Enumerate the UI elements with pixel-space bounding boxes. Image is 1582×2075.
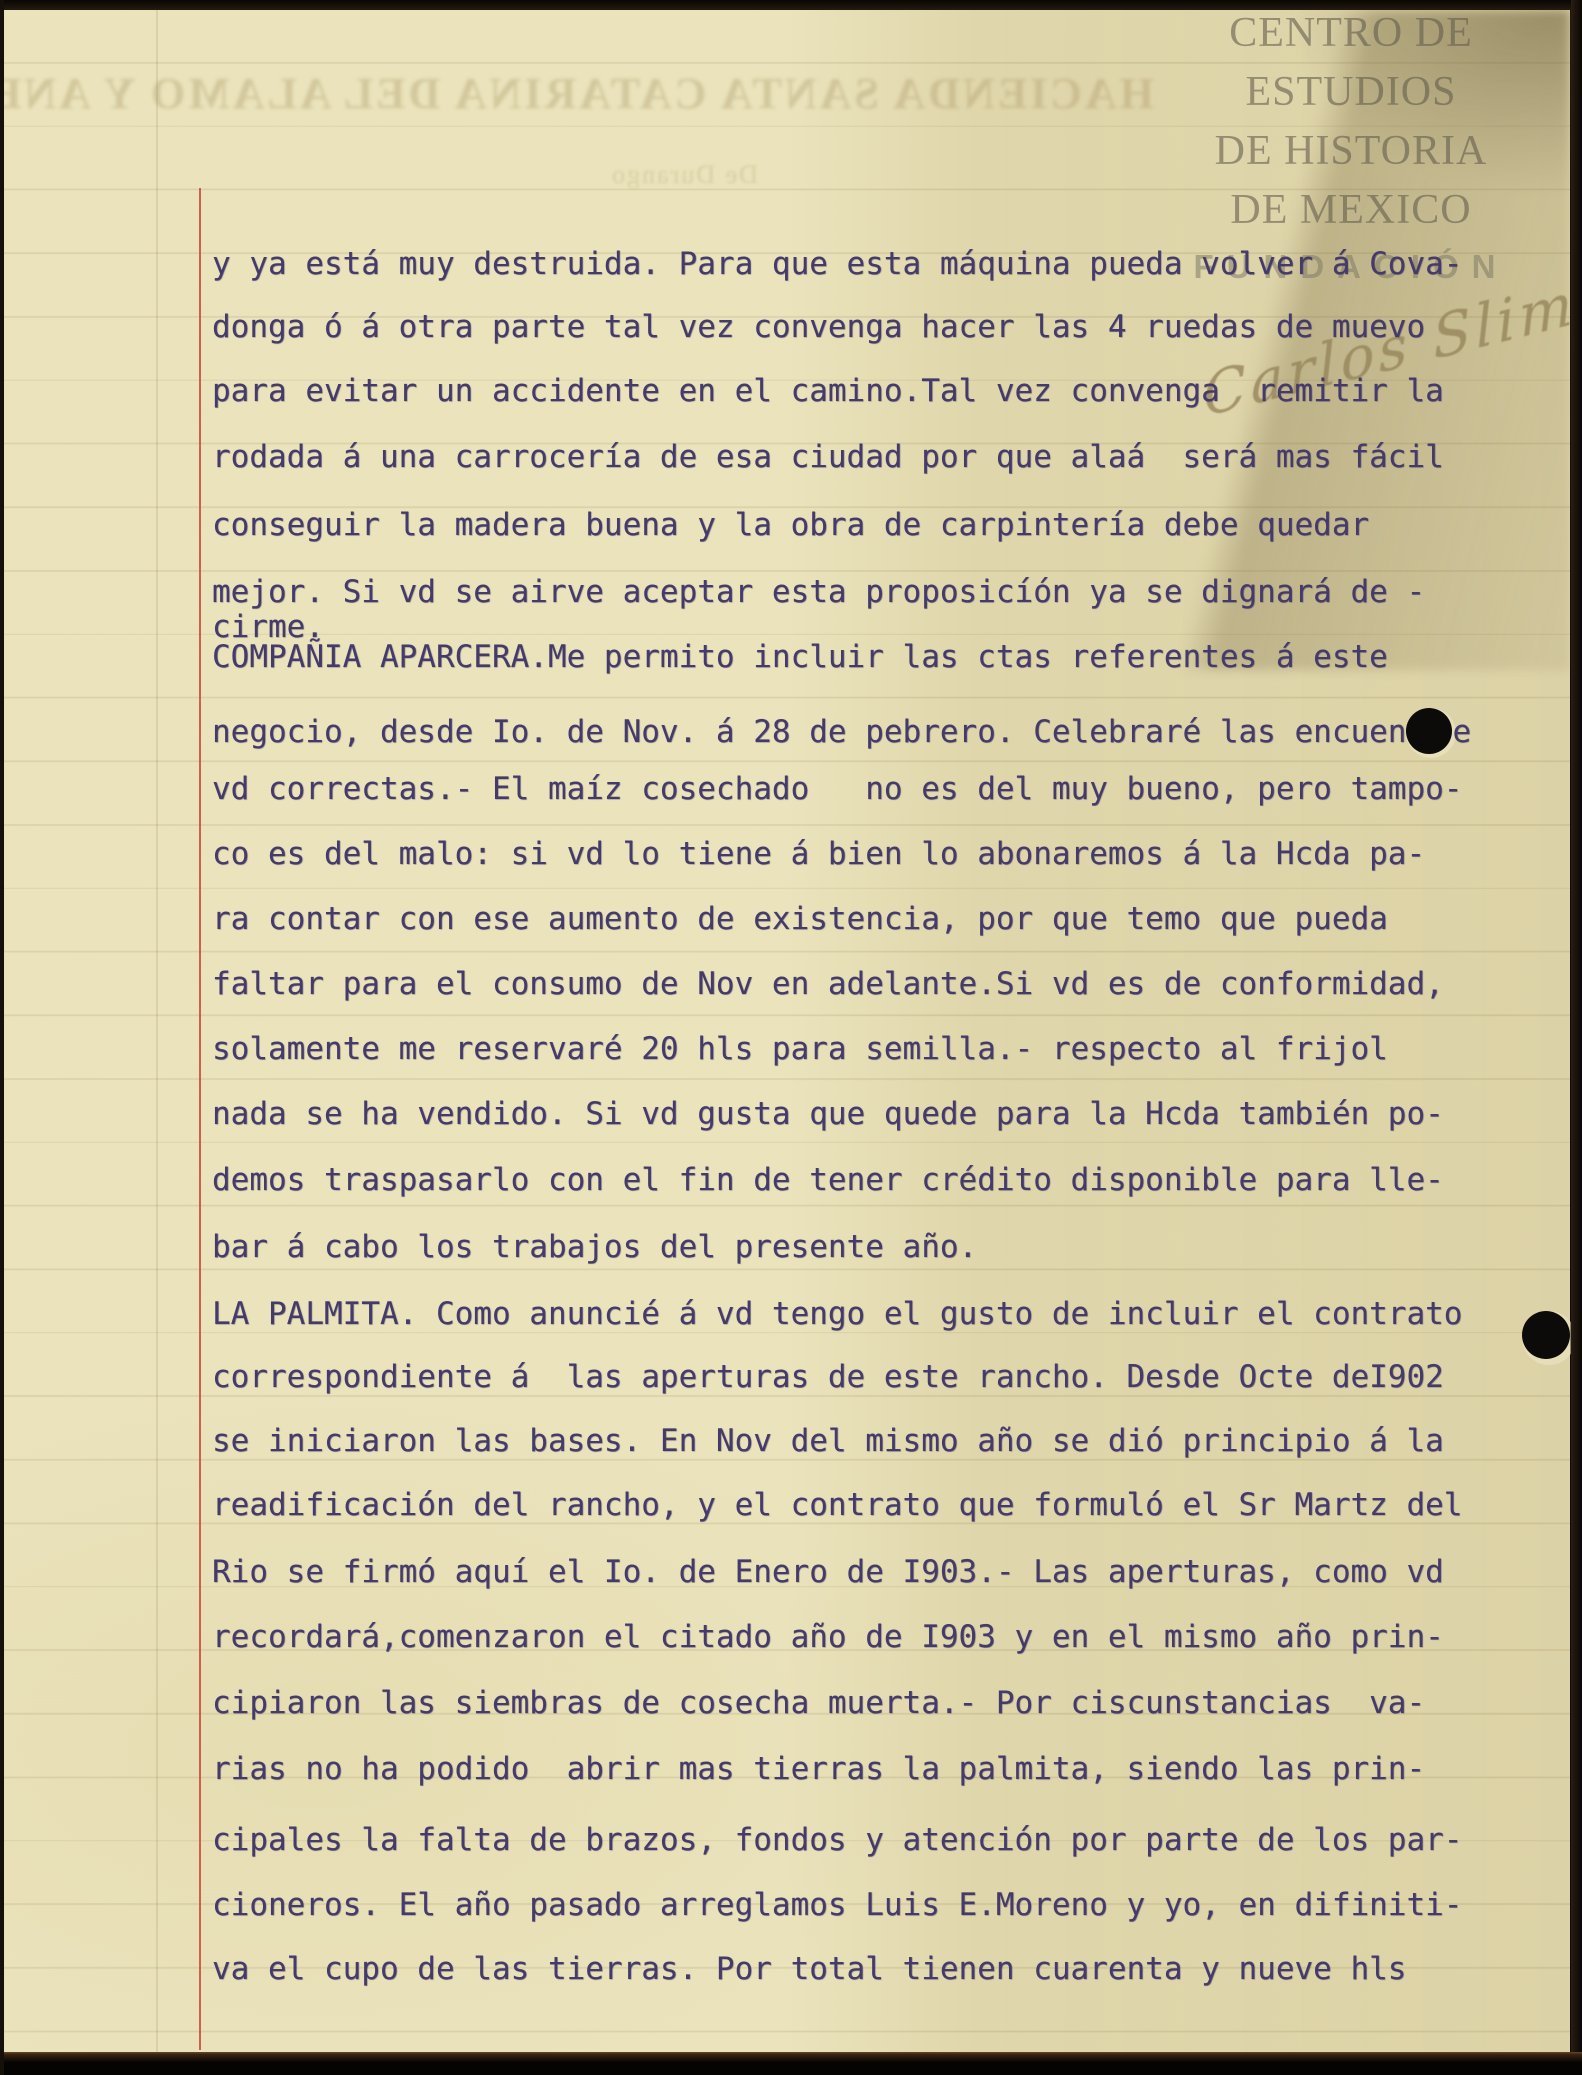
text-line: cioneros. El año pasado arreglamos Luis … — [212, 1888, 1462, 1922]
text-line: cipiaron las siembras de cosecha muerta.… — [212, 1686, 1425, 1720]
stamp-line: DE MEXICO — [1186, 181, 1516, 240]
text-line: negocio, desde Io. de Nov. á 28 de pebre… — [212, 708, 1471, 754]
stamp-line: DE HISTORIA — [1186, 122, 1516, 181]
text-line: se iniciaron las bases. En Nov del mismo… — [212, 1424, 1444, 1458]
ghost-letterhead-line2: De Durango — [434, 160, 934, 190]
archive-stamp: CENTRO DE ESTUDIOS DE HISTORIA DE MEXICO… — [1186, 4, 1516, 286]
photo-frame-edge — [0, 0, 1582, 10]
stamp-line: CENTRO DE — [1186, 4, 1516, 63]
text-line: donga ó á otra parte tal vez convenga ha… — [212, 310, 1425, 344]
text-line: cipales la falta de brazos, fondos y ate… — [212, 1823, 1462, 1857]
photo-frame-edge — [0, 2052, 1582, 2075]
text-line: ra contar con ese aumento de existencia,… — [212, 902, 1388, 936]
text-line: conseguir la madera buena y la obra de c… — [212, 508, 1369, 542]
text-line: Rio se firmó aquí el Io. de Enero de I90… — [212, 1555, 1444, 1589]
hole-punch — [1522, 1311, 1570, 1359]
text-line: readificación del rancho, y el contrato … — [212, 1488, 1462, 1522]
photo-frame-edge — [0, 0, 4, 2075]
stamp-line: ESTUDIOS — [1186, 63, 1516, 122]
text-line: LA PALMITA. Como anuncié á vd tengo el g… — [212, 1297, 1462, 1331]
text-line: solamente me reservaré 20 hls para semil… — [212, 1032, 1388, 1066]
text-line: mejor. Si vd se airve aceptar esta propo… — [212, 575, 1425, 609]
text-line: faltar para el consumo de Nov en adelant… — [212, 967, 1444, 1001]
text-line: para evitar un accidente en el camino.Ta… — [212, 374, 1444, 408]
red-margin-line — [199, 188, 201, 2050]
text-line: vd correctas.- El maíz cosechado no es d… — [212, 772, 1462, 806]
text-line: va el cupo de las tierras. Por total tie… — [212, 1952, 1406, 1986]
text-line: bar á cabo los trabajos del presente año… — [212, 1230, 977, 1264]
underlying-page-edge — [156, 10, 158, 2052]
text-line: rodada á una carrocería de esa ciudad po… — [212, 440, 1444, 474]
text-line: y ya está muy destruida. Para que esta m… — [212, 247, 1462, 281]
text-line: demos traspasarlo con el fin de tener cr… — [212, 1163, 1444, 1197]
scanned-letter-page: HACIENDA SANTA CATARINA DEL ALAMO Y ANEX… — [0, 0, 1582, 2075]
text-line: COMPAÑIA APARCERA.Me permito incluir las… — [212, 640, 1388, 674]
text-line: co es del malo: si vd lo tiene á bien lo… — [212, 837, 1425, 871]
ghost-letterhead-line1: HACIENDA SANTA CATARINA DEL ALAMO Y ANEX… — [124, 68, 1154, 119]
photo-frame-edge — [1571, 0, 1582, 2075]
hole-punch — [1406, 708, 1452, 754]
text-line: recordará,comenzaron el citado año de I9… — [212, 1620, 1444, 1654]
text-line: nada se ha vendido. Si vd gusta que qued… — [212, 1097, 1444, 1131]
text-line: rias no ha podido abrir mas tierras la p… — [212, 1752, 1425, 1786]
text-line: correspondiente á las aperturas de este … — [212, 1360, 1444, 1394]
